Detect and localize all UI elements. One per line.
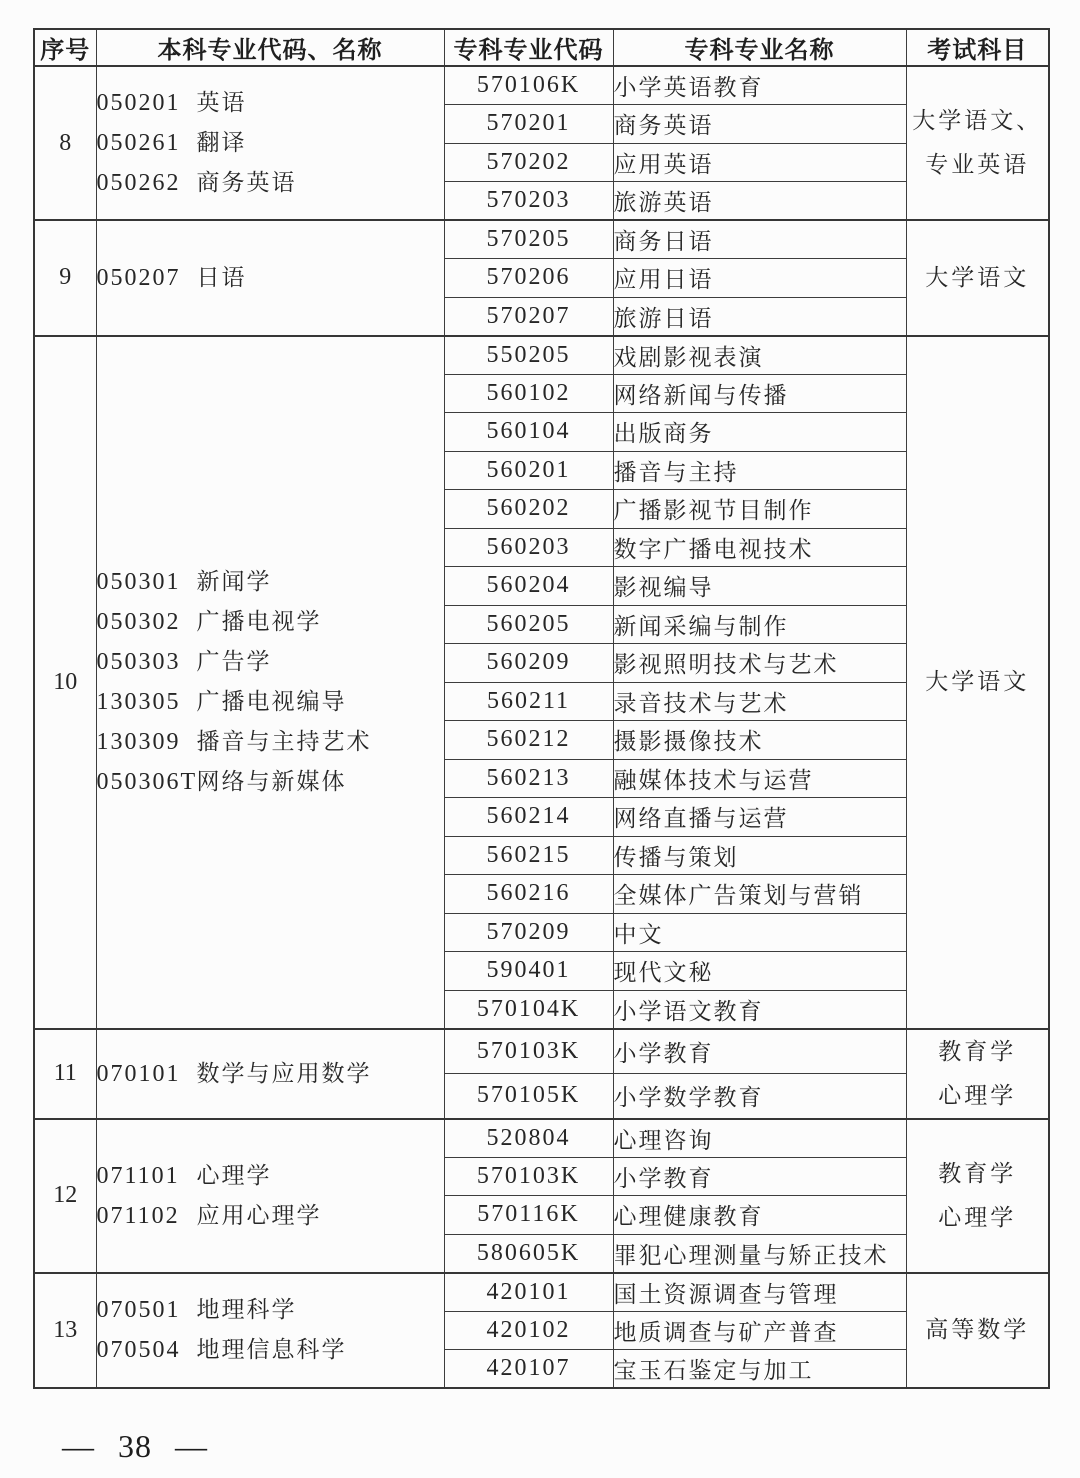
college-code-cell: 570207 bbox=[444, 297, 613, 336]
college-code-cell: 560204 bbox=[444, 567, 613, 606]
college-name-cell: 旅游日语 bbox=[613, 297, 906, 336]
exam-subjects-cell: 高等数学 bbox=[906, 1273, 1049, 1389]
undergrad-code: 050207 bbox=[97, 258, 197, 298]
college-name-cell: 影视照明技术与艺术 bbox=[613, 644, 906, 683]
seq-cell: 11 bbox=[34, 1029, 96, 1119]
header-row: 序号 本科专业代码、名称 专科专业代码 专科专业名称 考试科目 bbox=[34, 29, 1049, 66]
undergrad-code: 071101 bbox=[97, 1156, 197, 1196]
undergrad-line: 071102应用心理学 bbox=[97, 1196, 444, 1236]
college-name-cell: 心理健康教育 bbox=[613, 1196, 906, 1235]
college-code-cell: 560213 bbox=[444, 759, 613, 798]
undergrad-name: 日语 bbox=[197, 265, 247, 290]
college-code-cell: 570116K bbox=[444, 1196, 613, 1235]
college-code-cell: 570202 bbox=[444, 143, 613, 182]
college-name-cell: 播音与主持 bbox=[613, 451, 906, 490]
college-code-cell: 570103K bbox=[444, 1029, 613, 1074]
exam-subject-line: 心理学 bbox=[907, 1196, 1049, 1240]
college-code-cell: 560214 bbox=[444, 798, 613, 837]
college-name-cell: 数字广播电视技术 bbox=[613, 528, 906, 567]
exam-subjects-cell: 教育学心理学 bbox=[906, 1029, 1049, 1119]
undergrad-name: 地理科学 bbox=[197, 1297, 297, 1322]
college-name-cell: 应用英语 bbox=[613, 143, 906, 182]
page-number: — 38 — bbox=[62, 1428, 208, 1465]
exam-subject-line: 教育学 bbox=[907, 1030, 1049, 1074]
undergrad-cell: 050201英语050261翻译050262商务英语 bbox=[96, 66, 444, 220]
undergrad-line: 050262商务英语 bbox=[97, 163, 444, 203]
exam-subject-line: 大学语文、 bbox=[907, 99, 1049, 143]
college-name-cell: 小学数学教育 bbox=[613, 1074, 906, 1119]
college-code-cell: 560102 bbox=[444, 374, 613, 413]
header-seq: 序号 bbox=[34, 29, 96, 66]
table-header: 序号 本科专业代码、名称 专科专业代码 专科专业名称 考试科目 bbox=[34, 29, 1049, 66]
college-name-cell: 地质调查与矿产普查 bbox=[613, 1311, 906, 1350]
college-code-cell: 570209 bbox=[444, 913, 613, 952]
table-row: 11070101数学与应用数学570103K小学教育教育学心理学 bbox=[34, 1029, 1049, 1074]
undergrad-line: 071101心理学 bbox=[97, 1156, 444, 1196]
exam-subjects-cell: 大学语文、专业英语 bbox=[906, 66, 1049, 220]
undergrad-code: 130309 bbox=[97, 722, 197, 762]
undergrad-line: 050261翻译 bbox=[97, 123, 444, 163]
college-code-cell: 570205 bbox=[444, 220, 613, 259]
college-name-cell: 新闻采编与制作 bbox=[613, 605, 906, 644]
undergrad-line: 050201英语 bbox=[97, 83, 444, 123]
undergrad-name: 广播电视学 bbox=[197, 609, 322, 634]
college-name-cell: 旅游英语 bbox=[613, 182, 906, 221]
college-code-cell: 420101 bbox=[444, 1273, 613, 1312]
undergrad-cell: 050301新闻学050302广播电视学050303广告学130305广播电视编… bbox=[96, 336, 444, 1029]
seq-cell: 13 bbox=[34, 1273, 96, 1389]
undergrad-code: 050261 bbox=[97, 123, 197, 163]
college-name-cell: 融媒体技术与运营 bbox=[613, 759, 906, 798]
majors-table: 序号 本科专业代码、名称 专科专业代码 专科专业名称 考试科目 8050201英… bbox=[33, 28, 1050, 1389]
table-row: 8050201英语050261翻译050262商务英语570106K小学英语教育… bbox=[34, 66, 1049, 105]
college-name-cell: 戏剧影视表演 bbox=[613, 336, 906, 375]
exam-subject-line: 心理学 bbox=[907, 1074, 1049, 1118]
college-code-cell: 560216 bbox=[444, 875, 613, 914]
undergrad-code: 050201 bbox=[97, 83, 197, 123]
undergrad-name: 心理学 bbox=[197, 1163, 272, 1188]
undergrad-line: 050306T网络与新媒体 bbox=[97, 762, 444, 802]
seq-cell: 12 bbox=[34, 1119, 96, 1273]
college-code-cell: 550205 bbox=[444, 336, 613, 375]
undergrad-name: 商务英语 bbox=[197, 170, 297, 195]
college-name-cell: 应用日语 bbox=[613, 259, 906, 298]
undergrad-code: 050301 bbox=[97, 562, 197, 602]
table-row: 10050301新闻学050302广播电视学050303广告学130305广播电… bbox=[34, 336, 1049, 375]
college-name-cell: 影视编导 bbox=[613, 567, 906, 606]
college-name-cell: 广播影视节目制作 bbox=[613, 490, 906, 529]
seq-cell: 8 bbox=[34, 66, 96, 220]
college-code-cell: 560211 bbox=[444, 682, 613, 721]
undergrad-cell: 050207日语 bbox=[96, 220, 444, 336]
college-name-cell: 小学语文教育 bbox=[613, 990, 906, 1029]
header-undergrad-code-name: 本科专业代码、名称 bbox=[96, 29, 444, 66]
college-name-cell: 心理咨询 bbox=[613, 1119, 906, 1158]
undergrad-name: 播音与主持艺术 bbox=[197, 729, 372, 754]
college-name-cell: 录音技术与艺术 bbox=[613, 682, 906, 721]
exam-subject-line: 专业英语 bbox=[907, 143, 1049, 187]
undergrad-cell: 070101数学与应用数学 bbox=[96, 1029, 444, 1119]
college-code-cell: 570201 bbox=[444, 105, 613, 144]
table-row: 9050207日语570205商务日语大学语文 bbox=[34, 220, 1049, 259]
college-code-cell: 520804 bbox=[444, 1119, 613, 1158]
undergrad-line: 130305广播电视编导 bbox=[97, 682, 444, 722]
exam-subject-line: 大学语文 bbox=[907, 256, 1049, 300]
college-name-cell: 宝玉石鉴定与加工 bbox=[613, 1350, 906, 1389]
exam-subjects-cell: 大学语文 bbox=[906, 220, 1049, 336]
undergrad-code: 130305 bbox=[97, 682, 197, 722]
college-name-cell: 小学英语教育 bbox=[613, 66, 906, 105]
table-body: 8050201英语050261翻译050262商务英语570106K小学英语教育… bbox=[34, 66, 1049, 1388]
header-college-code: 专科专业代码 bbox=[444, 29, 613, 66]
undergrad-name: 新闻学 bbox=[197, 569, 272, 594]
undergrad-line: 070501地理科学 bbox=[97, 1290, 444, 1330]
undergrad-code: 070101 bbox=[97, 1054, 197, 1094]
college-name-cell: 出版商务 bbox=[613, 413, 906, 452]
college-code-cell: 560104 bbox=[444, 413, 613, 452]
college-code-cell: 570203 bbox=[444, 182, 613, 221]
college-code-cell: 590401 bbox=[444, 952, 613, 991]
college-name-cell: 传播与策划 bbox=[613, 836, 906, 875]
undergrad-code: 070501 bbox=[97, 1290, 197, 1330]
undergrad-code: 071102 bbox=[97, 1196, 197, 1236]
undergrad-code: 070504 bbox=[97, 1330, 197, 1370]
college-name-cell: 全媒体广告策划与营销 bbox=[613, 875, 906, 914]
exam-subject-line: 大学语文 bbox=[907, 660, 1049, 704]
college-code-cell: 560201 bbox=[444, 451, 613, 490]
header-exam-subjects: 考试科目 bbox=[906, 29, 1049, 66]
seq-cell: 9 bbox=[34, 220, 96, 336]
undergrad-name: 数学与应用数学 bbox=[197, 1061, 372, 1086]
college-name-cell: 小学教育 bbox=[613, 1029, 906, 1074]
undergrad-name: 地理信息科学 bbox=[197, 1337, 347, 1362]
undergrad-name: 广告学 bbox=[197, 649, 272, 674]
undergrad-line: 070504地理信息科学 bbox=[97, 1330, 444, 1370]
college-code-cell: 560202 bbox=[444, 490, 613, 529]
exam-subjects-cell: 教育学心理学 bbox=[906, 1119, 1049, 1273]
undergrad-name: 网络与新媒体 bbox=[197, 769, 347, 794]
undergrad-code: 050262 bbox=[97, 163, 197, 203]
undergrad-name: 应用心理学 bbox=[197, 1203, 322, 1228]
exam-subject-line: 高等数学 bbox=[907, 1308, 1049, 1352]
table-row: 12071101心理学071102应用心理学520804心理咨询教育学心理学 bbox=[34, 1119, 1049, 1158]
college-code-cell: 420107 bbox=[444, 1350, 613, 1389]
college-code-cell: 570104K bbox=[444, 990, 613, 1029]
college-name-cell: 中文 bbox=[613, 913, 906, 952]
college-code-cell: 570105K bbox=[444, 1074, 613, 1119]
undergrad-line: 050207日语 bbox=[97, 258, 444, 298]
college-name-cell: 小学教育 bbox=[613, 1157, 906, 1196]
header-college-name: 专科专业名称 bbox=[613, 29, 906, 66]
college-code-cell: 560215 bbox=[444, 836, 613, 875]
exam-subjects-cell: 大学语文 bbox=[906, 336, 1049, 1029]
college-code-cell: 560212 bbox=[444, 721, 613, 760]
seq-cell: 10 bbox=[34, 336, 96, 1029]
undergrad-name: 广播电视编导 bbox=[197, 689, 347, 714]
undergrad-code: 050306T bbox=[97, 762, 197, 802]
document-page: 序号 本科专业代码、名称 专科专业代码 专科专业名称 考试科目 8050201英… bbox=[0, 0, 1080, 1478]
undergrad-code: 050302 bbox=[97, 602, 197, 642]
college-code-cell: 580605K bbox=[444, 1234, 613, 1273]
undergrad-name: 英语 bbox=[197, 90, 247, 115]
college-code-cell: 420102 bbox=[444, 1311, 613, 1350]
undergrad-line: 130309播音与主持艺术 bbox=[97, 722, 444, 762]
college-code-cell: 560209 bbox=[444, 644, 613, 683]
exam-subject-line: 教育学 bbox=[907, 1152, 1049, 1196]
undergrad-line: 050303广告学 bbox=[97, 642, 444, 682]
college-name-cell: 商务日语 bbox=[613, 220, 906, 259]
college-code-cell: 560205 bbox=[444, 605, 613, 644]
table-row: 13070501地理科学070504地理信息科学420101国土资源调查与管理高… bbox=[34, 1273, 1049, 1312]
college-code-cell: 570106K bbox=[444, 66, 613, 105]
college-name-cell: 网络直播与运营 bbox=[613, 798, 906, 837]
college-name-cell: 摄影摄像技术 bbox=[613, 721, 906, 760]
undergrad-cell: 070501地理科学070504地理信息科学 bbox=[96, 1273, 444, 1389]
college-name-cell: 现代文秘 bbox=[613, 952, 906, 991]
undergrad-line: 050302广播电视学 bbox=[97, 602, 444, 642]
undergrad-code: 050303 bbox=[97, 642, 197, 682]
undergrad-cell: 071101心理学071102应用心理学 bbox=[96, 1119, 444, 1273]
undergrad-name: 翻译 bbox=[197, 130, 247, 155]
undergrad-line: 050301新闻学 bbox=[97, 562, 444, 602]
college-code-cell: 570103K bbox=[444, 1157, 613, 1196]
college-name-cell: 国土资源调查与管理 bbox=[613, 1273, 906, 1312]
college-name-cell: 网络新闻与传播 bbox=[613, 374, 906, 413]
college-name-cell: 商务英语 bbox=[613, 105, 906, 144]
undergrad-line: 070101数学与应用数学 bbox=[97, 1054, 444, 1094]
college-name-cell: 罪犯心理测量与矫正技术 bbox=[613, 1234, 906, 1273]
college-code-cell: 560203 bbox=[444, 528, 613, 567]
college-code-cell: 570206 bbox=[444, 259, 613, 298]
